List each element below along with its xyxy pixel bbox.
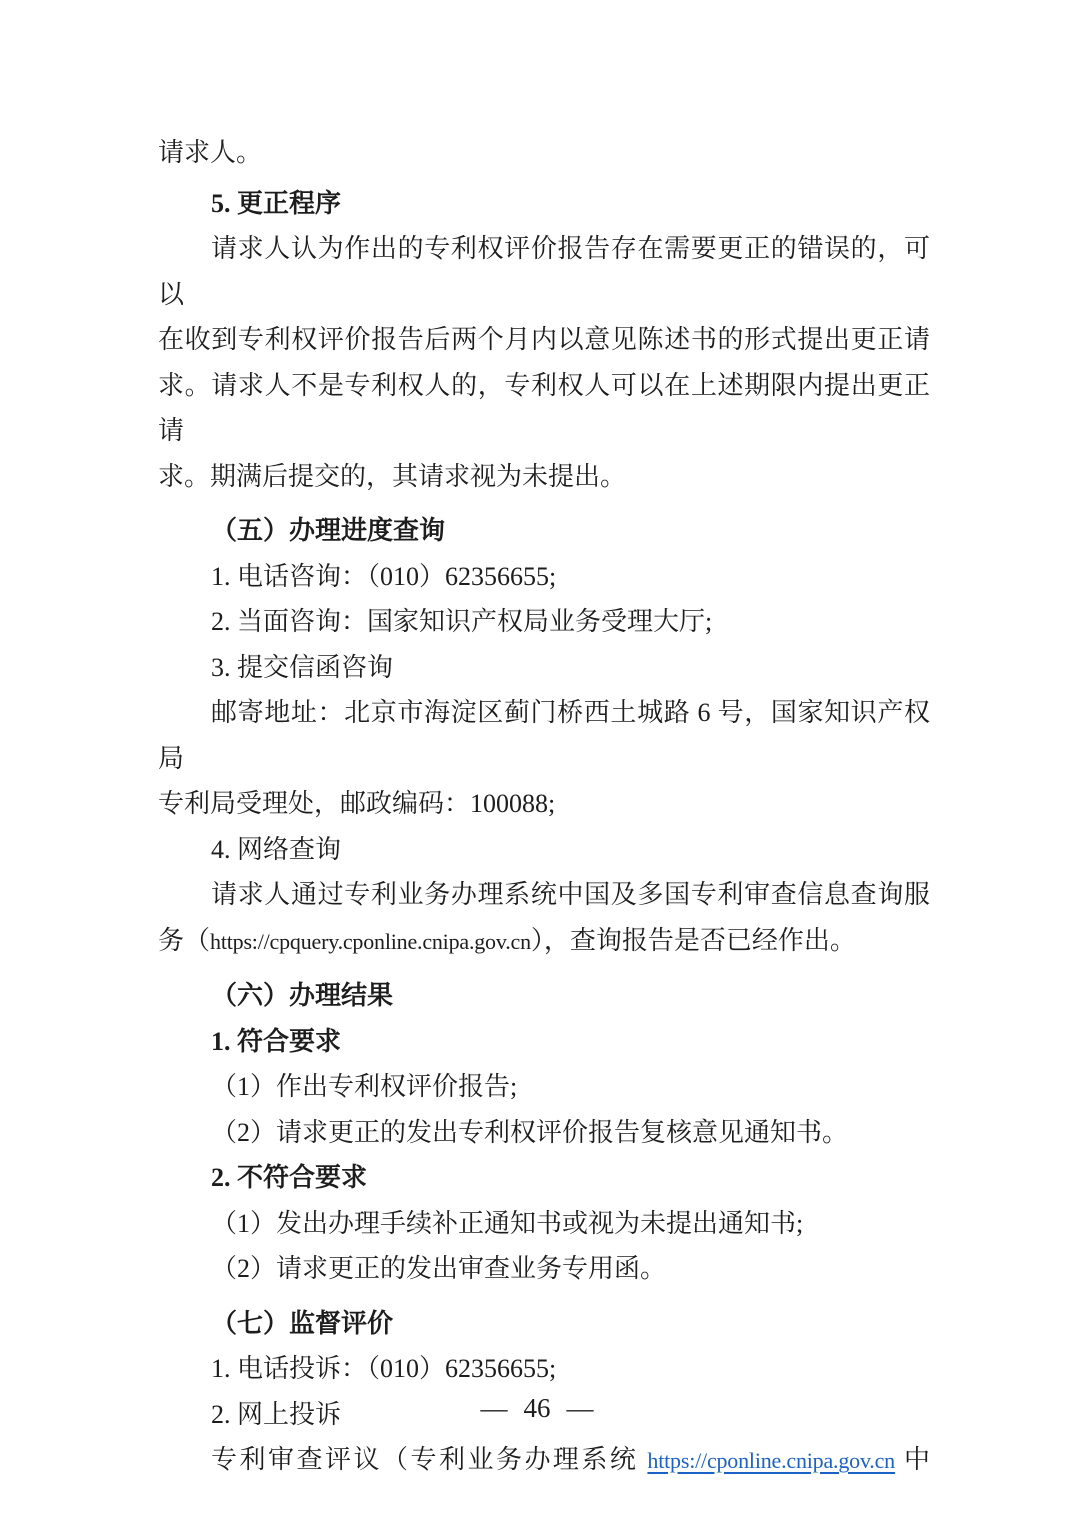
text-segment: 专利局受理处，邮政编码：100088;: [158, 789, 555, 818]
text-segment: 2. 不符合要求: [211, 1163, 367, 1192]
text-segment: 5. 更正程序: [211, 189, 341, 218]
footer-dash-right: —: [567, 1393, 594, 1423]
text-line: 3. 提交信函咨询: [158, 645, 930, 691]
text-line: （1）作出专利权评价报告;: [158, 1064, 930, 1110]
text-segment: 请求人。: [158, 138, 262, 167]
text-line: 务（https://cpquery.cponline.cnipa.gov.cn）…: [158, 918, 930, 965]
text-segment: 邮寄地址：北京市海淀区蓟门桥西土城路 6 号，国家知识产权局: [158, 698, 930, 773]
text-segment: 1. 符合要求: [211, 1027, 341, 1056]
text-segment: 2. 当面咨询：国家知识产权局业务受理大厅;: [211, 607, 712, 636]
document-page: 请求人。5. 更正程序请求人认为作出的专利权评价报告存在需要更正的错误的，可以在…: [0, 0, 1074, 1520]
text-line: （2）请求更正的发出专利权评价报告复核意见通知书。: [158, 1110, 930, 1156]
text-segment: 请求人认为作出的专利权评价报告存在需要更正的错误的，可以: [158, 234, 930, 309]
text-segment: 务（: [158, 926, 210, 955]
page-number: 46: [524, 1393, 551, 1423]
text-segment: （六）办理结果: [211, 981, 393, 1010]
text-segment: 求。期满后提交的，其请求视为未提出。: [158, 462, 626, 491]
text-segment: 在收到专利权评价报告后两个月内以意见陈述书的形式提出更正请: [158, 325, 930, 354]
text-line: 1. 符合要求: [158, 1019, 930, 1065]
text-segment: 请求人通过专利业务办理系统中国及多国专利审查信息查询服: [211, 880, 930, 909]
text-line: 在收到专利权评价报告后两个月内以意见陈述书的形式提出更正请: [158, 317, 930, 363]
page-footer: —46—: [0, 1386, 1074, 1431]
text-segment: （2）请求更正的发出专利权评价报告复核意见通知书。: [211, 1118, 848, 1147]
text-line: （六）办理结果: [158, 973, 930, 1019]
text-segment: （五）办理进度查询: [211, 516, 445, 545]
text-segment: 求。请求人不是专利权人的，专利权人可以在上述期限内提出更正请: [158, 371, 930, 446]
text-segment: ），查询报告是否已经作出。: [531, 926, 856, 955]
text-line: （2）请求更正的发出审查业务专用函。: [158, 1246, 930, 1292]
text-segment: （1）作出专利权评价报告;: [211, 1072, 517, 1101]
text-line: 专利审查评议（专利业务办理系统 https://cponline.cnipa.g…: [158, 1437, 930, 1484]
text-segment: 专利审查评议（专利业务办理系统: [211, 1445, 647, 1474]
text-segment: 1. 电话咨询：（010）62356655;: [211, 562, 556, 591]
text-segment: 1. 电话投诉：（010）62356655;: [211, 1354, 556, 1383]
text-line: 邮寄地址：北京市海淀区蓟门桥西土城路 6 号，国家知识产权局: [158, 690, 930, 781]
text-line: 求。请求人不是专利权人的，专利权人可以在上述期限内提出更正请: [158, 363, 930, 454]
text-line: 2. 当面咨询：国家知识产权局业务受理大厅;: [158, 599, 930, 645]
text-segment: （1）发出办理手续补正通知书或视为未提出通知书;: [211, 1209, 803, 1238]
text-segment: 3. 提交信函咨询: [211, 653, 393, 682]
hyperlink[interactable]: https://cponline.cnipa.gov.cn: [647, 1448, 895, 1473]
footer-dash-left: —: [481, 1393, 508, 1423]
url-text: https://cpquery.cponline.cnipa.gov.cn: [210, 929, 531, 954]
text-line: 2. 不符合要求: [158, 1155, 930, 1201]
text-segment: 4. 网络查询: [211, 835, 341, 864]
text-line: 1. 电话咨询：（010）62356655;: [158, 554, 930, 600]
text-line: 请求人通过专利业务办理系统中国及多国专利审查信息查询服: [158, 872, 930, 918]
text-line: 5. 更正程序: [158, 181, 930, 227]
text-line: （1）发出办理手续补正通知书或视为未提出通知书;: [158, 1201, 930, 1247]
document-content: 请求人。5. 更正程序请求人认为作出的专利权评价报告存在需要更正的错误的，可以在…: [158, 130, 930, 1484]
text-line: 请求人。: [158, 130, 930, 176]
text-line: 专利局受理处，邮政编码：100088;: [158, 781, 930, 827]
text-line: （五）办理进度查询: [158, 508, 930, 554]
text-segment: 中: [895, 1445, 930, 1474]
text-line: 1. 电话投诉：（010）62356655;: [158, 1346, 930, 1392]
text-line: 请求人认为作出的专利权评价报告存在需要更正的错误的，可以: [158, 226, 930, 317]
text-line: 4. 网络查询: [158, 827, 930, 873]
text-segment: （七）监督评价: [211, 1309, 393, 1338]
text-line: （七）监督评价: [158, 1301, 930, 1347]
text-segment: （2）请求更正的发出审查业务专用函。: [211, 1254, 666, 1283]
text-line: 求。期满后提交的，其请求视为未提出。: [158, 454, 930, 500]
